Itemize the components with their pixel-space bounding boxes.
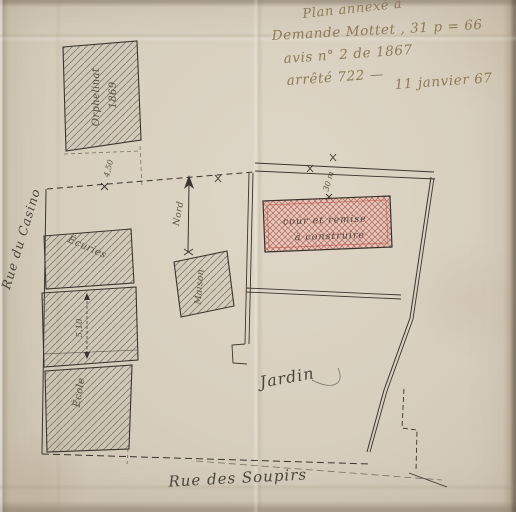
dimension-top: 30 m [322, 170, 336, 192]
annotation-line-2: Demande Mottet , 31 p = 66 [270, 17, 483, 44]
north-arrow [184, 175, 194, 255]
north-label: Nord [172, 200, 186, 227]
dimension-left: 4,50 [102, 159, 116, 180]
building-orphanage-label-2: 1869 [108, 81, 119, 108]
building-orphanage [63, 41, 141, 151]
garden-label: Jardin [255, 363, 316, 392]
svg-text:5,10: 5,10 [75, 318, 85, 338]
survey-ticks [101, 154, 336, 200]
street-label-rue-du-casino: Rue du Casino [0, 186, 43, 292]
building-orphanage-label-1: Orphelinat [91, 67, 102, 126]
annotation-line-4-right: 11 janvier 67 [394, 70, 493, 93]
building-school-upper [42, 287, 138, 367]
annotation-line-4-left: arrêté 722 — [286, 66, 384, 89]
annotation-line-1: Plan annexé à [301, 0, 403, 22]
building-school-lower [45, 365, 132, 452]
street-label-rue-des-soupirs: Rue des Soupirs [167, 465, 308, 490]
garden-flourish [312, 368, 340, 385]
scanned-plan-sheet: Plan annexé à Demande Mottet , 31 p = 66… [0, 0, 516, 512]
building-stable [44, 229, 134, 289]
annotation-line-3: avis n° 2 de 1867 [283, 42, 413, 67]
plan-drawing: Plan annexé à Demande Mottet , 31 p = 66… [0, 0, 516, 512]
